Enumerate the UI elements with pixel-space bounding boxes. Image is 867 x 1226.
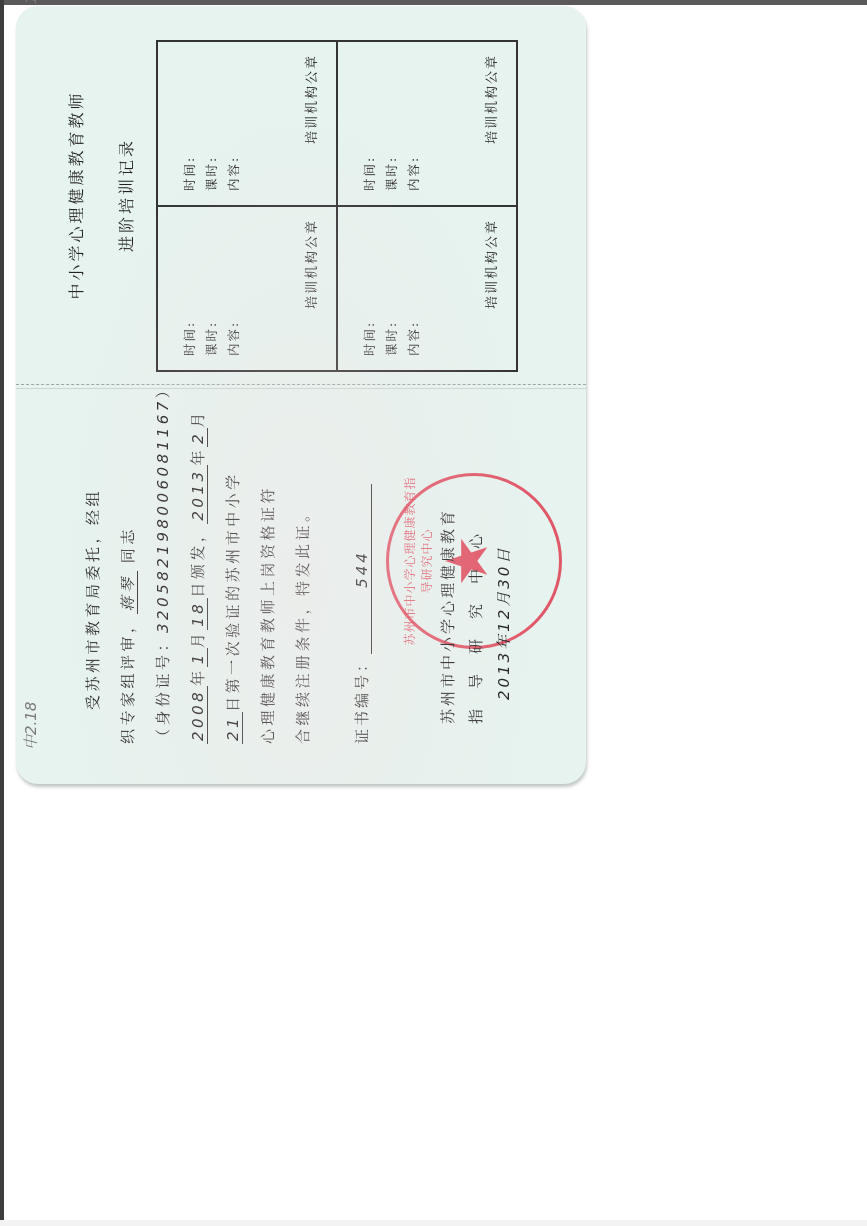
certificate-booklet: 中小学心理健康教育教师 进阶培训记录 时间: 课时: 内容: 培训机构公章 时间… — [16, 6, 586, 784]
holder-name: 蒋琴 — [119, 571, 138, 614]
seal-label: 培训机构公章 — [301, 219, 320, 309]
training-record-page: 中小学心理健康教育教师 进阶培训记录 时间: 课时: 内容: 培训机构公章 时间… — [16, 6, 586, 384]
content-label: 内容: — [224, 321, 242, 356]
cert-line-5: 21日第一次验证的苏州市中小学 — [216, 414, 251, 744]
record-entry: 时间: 课时: 内容: 培训机构公章 — [157, 206, 337, 371]
issue-day: 18 — [189, 598, 208, 630]
record-title: 中小学心理健康教育教师 — [64, 6, 87, 384]
issue-year: 2008 — [189, 686, 208, 744]
content-label: 内容: — [404, 321, 422, 356]
seal-label: 培训机构公章 — [301, 54, 320, 144]
record-entry: 时间: 课时: 内容: 培训机构公章 — [337, 41, 517, 206]
cert-text: 年 — [189, 447, 207, 466]
cert-text: 日第一次验证的苏州市中小学 — [224, 471, 242, 712]
seal-label: 培训机构公章 — [481, 219, 500, 309]
cert-text: （身份证号： — [154, 633, 172, 744]
seal-text: 苏州市中小学心理健康教育指导研究中心 — [401, 476, 435, 646]
hours-label: 课时: — [382, 321, 400, 356]
content-label: 内容: — [224, 156, 242, 191]
scan-left-edge — [0, 0, 4, 1226]
cert-line-7: 合继续注册条件，特发此证。 — [286, 414, 321, 744]
record-entry: 时间: 课时: 内容: 培训机构公章 — [337, 206, 517, 371]
cert-text: ） — [154, 380, 172, 399]
issuer-name-line1: 苏州市中小学心理健康教育 — [434, 508, 462, 724]
certificate-number-row: 证书编号：544 — [351, 484, 372, 744]
handwritten-margin-note: 中2.18 — [20, 702, 41, 750]
hours-label: 课时: — [202, 156, 220, 191]
time-label: 时间: — [360, 321, 378, 356]
time-label: 时间: — [360, 156, 378, 191]
cert-text: 月 — [189, 409, 207, 428]
certificate-page: 受苏州市教育局委托，经组 织专家组评审，蒋琴 同志 （身份证号：32058219… — [16, 387, 586, 784]
seal-label: 培训机构公章 — [481, 54, 500, 144]
training-record-grid: 时间: 课时: 内容: 培训机构公章 时间: 课时: 内容: 培训机构公章 时间… — [156, 40, 518, 372]
content-label: 内容: — [404, 156, 422, 191]
issuer-name-line2: 指导研究中心 — [462, 508, 490, 724]
cert-text: 日颁发， — [189, 524, 207, 598]
cert-no-label: 证书编号： — [353, 654, 371, 744]
id-number: 320582198006081167 — [154, 398, 172, 633]
cert-text: 同志 — [119, 526, 137, 563]
time-label: 时间: — [180, 321, 198, 356]
cert-text: 年 — [189, 667, 207, 686]
verify-month: 2 — [189, 428, 208, 447]
cert-line-1: 受苏州市教育局委托，经组 — [76, 414, 111, 744]
cert-line-2: 织专家组评审，蒋琴 同志 — [111, 414, 146, 744]
cert-line-6: 心理健康教育教师上岗资格证符 — [251, 414, 286, 744]
cert-text: 织专家组评审， — [119, 614, 137, 744]
time-label: 时间: — [180, 156, 198, 191]
issuer-block: 苏州市中小学心理健康教育 指导研究中心 2013年12月30日 — [434, 508, 518, 724]
cert-line-4: 2008年1月18日颁发，2013年2月 — [181, 414, 216, 744]
scan-bottom-edge — [0, 1220, 867, 1226]
record-subtitle: 进阶培训记录 — [114, 6, 137, 384]
hours-label: 课时: — [382, 156, 400, 191]
record-entry: 时间: 课时: 内容: 培训机构公章 — [157, 41, 337, 206]
certificate-number: 544 — [353, 484, 372, 654]
sign-date: 2013年12月30日 — [490, 508, 518, 724]
cert-line-3: （身份证号：320582198006081167） — [146, 414, 181, 744]
handwritten-margin-note: 1(58) — [24, 0, 40, 4]
cert-text: 月 — [189, 630, 207, 649]
issue-month: 1 — [189, 648, 208, 667]
hours-label: 课时: — [202, 321, 220, 356]
certificate-body: 受苏州市教育局委托，经组 织专家组评审，蒋琴 同志 （身份证号：32058219… — [76, 414, 321, 744]
verify-day: 21 — [224, 712, 243, 744]
scan-top-edge — [0, 0, 867, 5]
verify-year: 2013 — [189, 465, 208, 523]
